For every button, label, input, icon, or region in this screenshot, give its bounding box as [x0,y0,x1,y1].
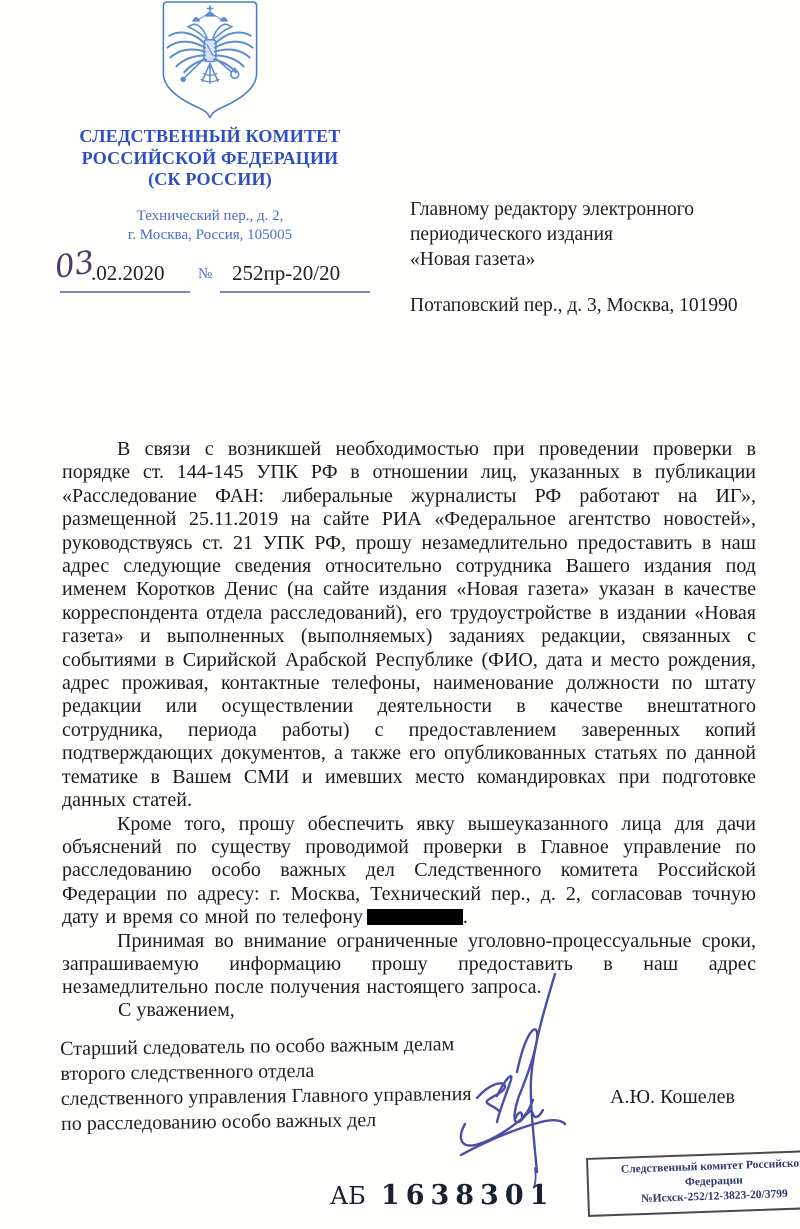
letterhead-address: Технический пер., д. 2, г. Москва, Росси… [68,207,352,245]
coat-of-arms-eagle-icon [156,0,264,121]
body-paragraph-1: В связи с возникшей необходимостью при п… [62,438,756,813]
scanned-letter-page: СЛЕДСТВЕННЫЙ КОМИТЕТ РОССИЙСКОЙ ФЕДЕРАЦИ… [0,0,800,1229]
outgoing-number: 252пр-20/20 [232,261,340,286]
letter-body: В связи с возникшей необходимостью при п… [62,438,756,1000]
date-underline [60,291,190,293]
form-series: АБ [330,1182,366,1210]
recipient-line: периодического издания [410,222,780,247]
org-line: РОССИЙСКОЙ ФЕДЕРАЦИИ [68,148,352,170]
handwritten-signature [455,972,625,1190]
body-paragraph-2: Кроме того, прошу обеспечить явку вышеук… [62,813,756,930]
recipient-line: «Новая газета» [410,247,780,272]
number-underline [220,291,370,293]
org-line: (СК РОССИИ) [68,169,352,191]
recipient-line: Главному редактору электронного [410,197,780,222]
letterhead-address-line: г. Москва, Россия, 105005 [68,226,352,245]
redaction-bar [367,909,463,925]
printed-date: .02.2020 [91,261,165,286]
number-sign: № [198,266,212,283]
letterhead-address-line: Технический пер., д. 2, [68,207,352,226]
body-paragraph-2-period: . [463,906,468,928]
body-paragraph-3: Принимая во внимание ограниченные уголов… [62,930,756,1000]
recipient-address: Потаповский пер., д. 3, Москва, 101990 [410,295,790,317]
signer-name: А.Ю. Кошелев [610,1086,735,1109]
salutation: С уважением, [118,999,235,1022]
letterhead-org-name: СЛЕДСТВЕННЫЙ КОМИТЕТ РОССИЙСКОЙ ФЕДЕРАЦИ… [68,126,352,191]
recipient-block: Главному редактору электронного периодич… [410,197,780,272]
org-line: СЛЕДСТВЕННЫЙ КОМИТЕТ [68,126,352,148]
